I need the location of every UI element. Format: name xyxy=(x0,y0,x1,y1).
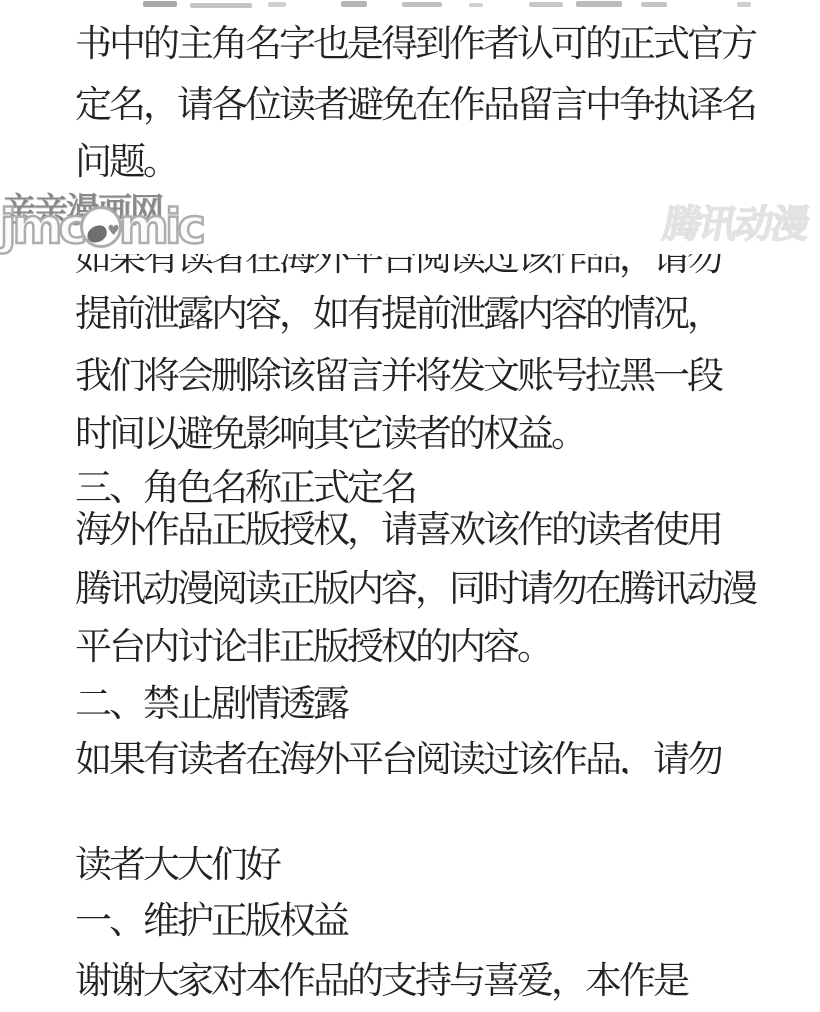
notice-line-3: 问题。 xyxy=(75,142,177,182)
watermark-jmcomic-part1: jmc xyxy=(0,205,83,249)
notice-heading-2: 二、禁止剧情透露 xyxy=(75,684,347,724)
stroke-fragment xyxy=(576,1,622,7)
stroke-fragment xyxy=(737,2,751,7)
notice-line-9: 海外作品正版授权，请喜欢该作的读者使用 xyxy=(75,510,721,550)
stroke-fragment xyxy=(268,2,286,7)
watermark-tencent-comics: 腾讯动漫 xyxy=(659,193,813,248)
notice-line-7: 时间以避免影响其它读者的权益。 xyxy=(75,414,585,454)
notice-greeting: 读者大大们好 xyxy=(75,845,279,885)
notice-line-2: 定名，请各位读者避免在作品留言中争执译名 xyxy=(75,85,755,125)
stroke-fragment xyxy=(529,2,563,7)
jmcomic-o-face-logo-icon xyxy=(80,206,122,248)
notice-heading-3: 三、角色名称正式定名 xyxy=(75,468,415,508)
notice-line-10: 腾讯动漫阅读正版内容，同时请勿在腾讯动漫 xyxy=(75,569,755,609)
notice-line-1: 书中的主角名字也是得到作者认可的正式官方 xyxy=(75,24,755,64)
notice-line-4-clipped: 如果有读者在海外平台阅读过该作品，请勿 xyxy=(75,254,721,278)
stroke-fragment xyxy=(341,1,367,7)
stroke-fragment xyxy=(190,3,252,8)
notice-line-16: 谢谢大家对本作品的支持与喜爱，本作是 xyxy=(75,961,687,1001)
clipped-text-fragment-top xyxy=(0,0,820,10)
notice-line-11: 平台内讨论非正版授权的内容。 xyxy=(75,627,551,667)
stroke-fragment xyxy=(469,3,483,7)
comic-notice-page: 书中的主角名字也是得到作者认可的正式官方 定名，请各位读者避免在作品留言中争执译… xyxy=(0,0,820,1012)
watermark-jmcomic: 亲亲漫画网 jmcmic xyxy=(0,183,260,255)
stroke-fragment xyxy=(402,2,442,7)
stroke-fragment xyxy=(641,2,667,7)
notice-line-13-text: 如果有读者在海外平台阅读过该作品，请勿 xyxy=(75,740,721,774)
watermark-text-jmcomic: jmcmic xyxy=(0,205,202,249)
notice-heading-1: 一、维护正版权益 xyxy=(75,901,347,941)
stroke-fragment xyxy=(143,1,177,7)
notice-line-6: 我们将会删除该留言并将发文账号拉黑一段 xyxy=(75,356,721,396)
notice-line-5: 提前泄露内容，如有提前泄露内容的情况， xyxy=(75,294,721,334)
watermark-jmcomic-part2: mic xyxy=(119,205,202,249)
notice-line-13-clipped: 如果有读者在海外平台阅读过该作品，请勿 xyxy=(75,740,721,774)
notice-line-4-text: 如果有读者在海外平台阅读过该作品，请勿 xyxy=(75,254,721,278)
